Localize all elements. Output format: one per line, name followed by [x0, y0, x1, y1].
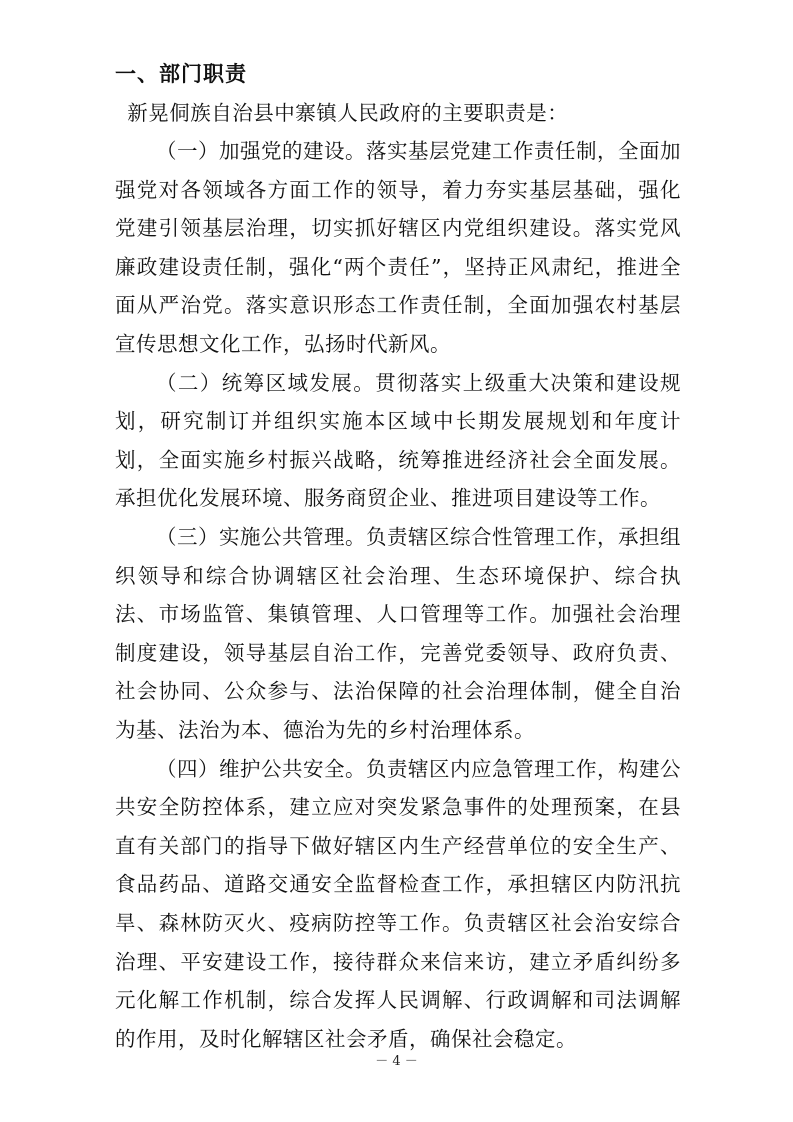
paragraph-public-safety: （四）维护公共安全。负责辖区内应急管理工作，构建公共安全防控体系，建立应对突发紧…: [115, 750, 681, 1059]
intro-paragraph: 新晃侗族自治县中寨镇人民政府的主要职责是：: [115, 94, 681, 133]
document-body: 一、部门职责 新晃侗族自治县中寨镇人民政府的主要职责是： （一）加强党的建设。落…: [115, 55, 681, 1058]
section-heading: 一、部门职责: [115, 55, 681, 94]
page-number: － 4 －: [0, 1050, 793, 1069]
document-page: 一、部门职责 新晃侗族自治县中寨镇人民政府的主要职责是： （一）加强党的建设。落…: [0, 0, 793, 1122]
paragraph-party-building: （一）加强党的建设。落实基层党建工作责任制，全面加强党对各领域各方面工作的领导，…: [115, 132, 681, 364]
paragraph-regional-development: （二）统筹区域发展。贯彻落实上级重大决策和建设规划，研究制订并组织实施本区域中长…: [115, 364, 681, 518]
paragraph-public-management: （三）实施公共管理。负责辖区综合性管理工作，承担组织领导和综合协调辖区社会治理、…: [115, 518, 681, 750]
